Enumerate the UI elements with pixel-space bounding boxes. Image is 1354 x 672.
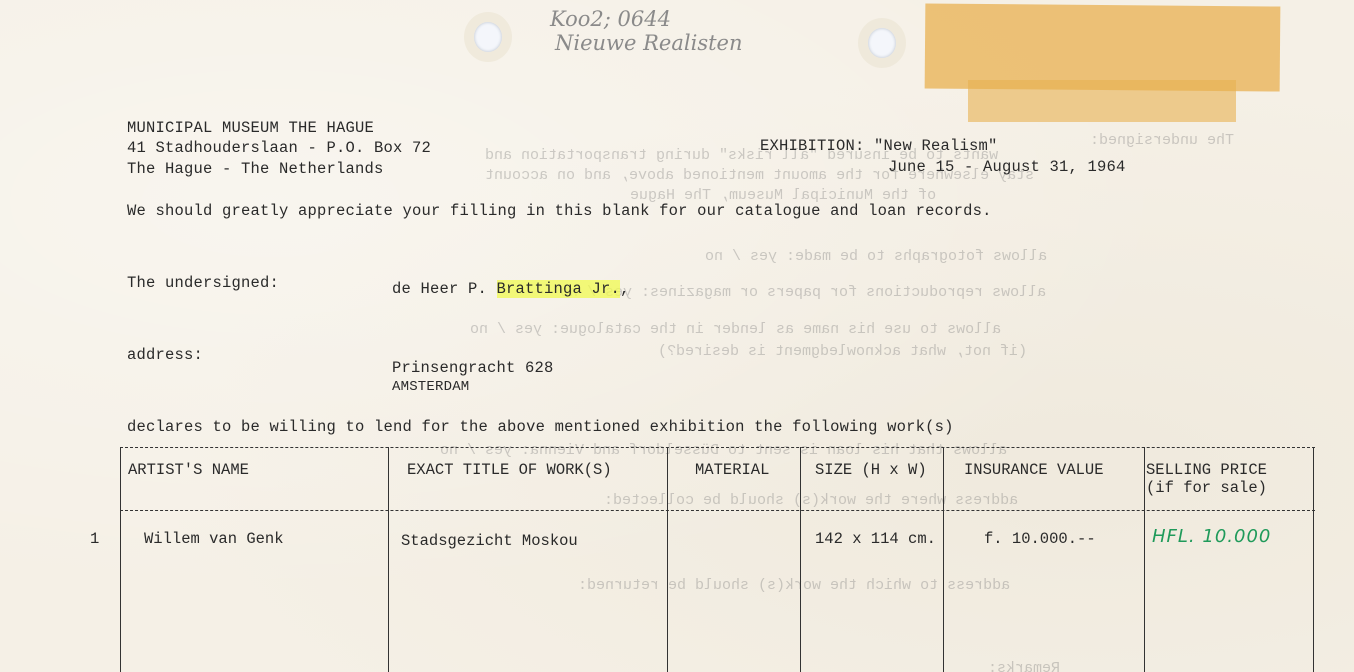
- row-number: 1: [90, 530, 99, 548]
- cell-price: HFL. 10.000: [1152, 526, 1271, 547]
- cell-insurance: f. 10.000.--: [984, 530, 1096, 548]
- bleed-through-text: Remarks:: [988, 660, 1060, 672]
- lender-name-prefix: de Heer P.: [392, 280, 497, 298]
- bleed-through-text: allows reproductions for papers or magaz…: [560, 284, 1046, 301]
- header-material: MATERIAL: [695, 461, 769, 479]
- title-note: Nieuwe Realisten: [555, 32, 742, 54]
- header-price-note: (if for sale): [1146, 479, 1267, 497]
- address-street: Prinsengracht 628: [392, 359, 554, 377]
- header-size: SIZE (H x W): [815, 461, 927, 479]
- undersigned-label: The undersigned:: [127, 274, 279, 292]
- header-price: SELLING PRICE: [1146, 461, 1267, 479]
- column-divider: [1313, 447, 1314, 672]
- column-divider: [943, 447, 944, 672]
- address-city: AMSTERDAM: [392, 379, 469, 395]
- bleed-through-text: The undersigned:: [1090, 132, 1234, 149]
- cell-title: Stadsgezicht Moskou: [401, 532, 578, 550]
- adhesive-tape: [968, 80, 1236, 122]
- declaration-text: declares to be willing to lend for the a…: [127, 418, 954, 436]
- sender-name: MUNICIPAL MUSEUM THE HAGUE: [127, 119, 374, 137]
- sender-address: 41 Stadhouderslaan - P.O. Box 72: [127, 139, 431, 157]
- bleed-through-text: address to which the work(s) should be r…: [578, 577, 1010, 594]
- header-title: EXACT TITLE OF WORK(S): [407, 461, 612, 479]
- sender-city: The Hague - The Netherlands: [127, 160, 384, 178]
- table-top-rule: [120, 447, 1315, 448]
- column-divider: [1144, 447, 1145, 672]
- column-divider: [667, 447, 668, 672]
- intro-text: We should greatly appreciate your fillin…: [127, 202, 992, 220]
- header-artist: ARTIST'S NAME: [128, 461, 249, 479]
- lender-name-suffix: ,: [620, 280, 630, 298]
- bleed-through-text: (if not, what acknowledgment is desired?…: [658, 343, 1027, 360]
- punch-hole: [474, 22, 502, 52]
- lender-name-highlighted: Brattinga Jr.: [497, 280, 621, 298]
- column-divider: [388, 447, 389, 672]
- column-divider: [800, 447, 801, 672]
- address-label: address:: [127, 346, 203, 364]
- bleed-through-text: allows that his loan is sent to Düsseldo…: [440, 442, 1007, 459]
- bleed-through-text: allows to use his name as lender in the …: [470, 321, 1001, 338]
- document-page: Koo2; 0644 Nieuwe Realisten The undersig…: [0, 0, 1354, 672]
- adhesive-tape: [925, 3, 1281, 91]
- header-insurance: INSURANCE VALUE: [964, 461, 1104, 479]
- exhibition-title: EXHIBITION: "New Realism": [760, 137, 998, 155]
- column-divider: [120, 447, 121, 672]
- exhibition-dates: June 15 - August 31, 1964: [888, 158, 1126, 176]
- cell-size: 142 x 114 cm.: [815, 530, 936, 548]
- bleed-through-text: allows fotographs to be made: yes / no: [705, 248, 1047, 265]
- table-header-rule: [120, 510, 1315, 511]
- punch-hole: [868, 28, 896, 58]
- cell-artist: Willem van Genk: [144, 530, 284, 548]
- lender-name: de Heer P. Brattinga Jr.,: [392, 280, 630, 298]
- archive-code-note: Koo2; 0644: [550, 8, 671, 30]
